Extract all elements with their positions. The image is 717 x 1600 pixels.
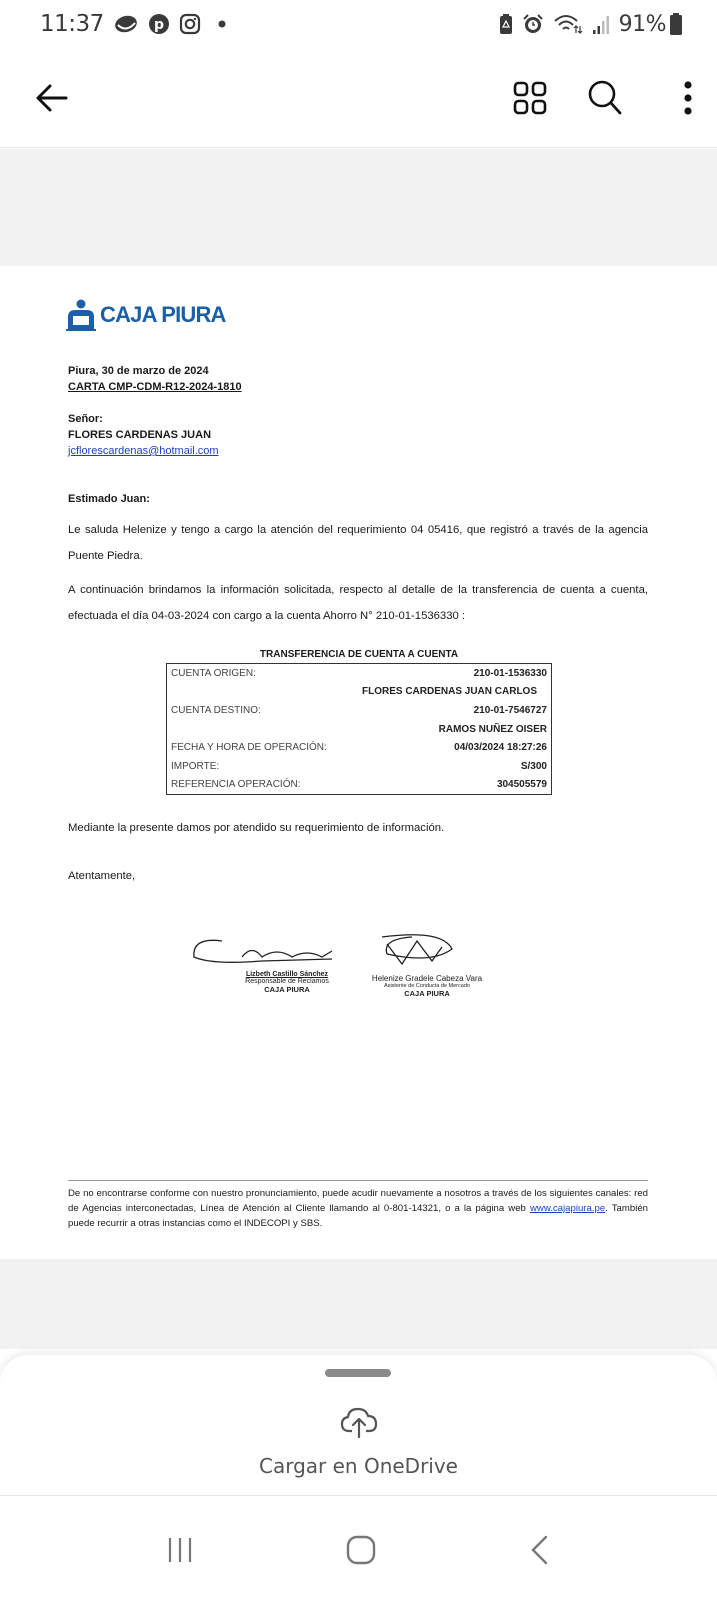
brand-name: CAJA PIURA [100, 302, 226, 328]
document-viewer[interactable]: CAJA PIURA Piura, 30 de marzo de 2024 CA… [0, 149, 717, 1349]
table-row: REFERENCIA OPERACIÓN:304505579 [167, 776, 551, 795]
table-row: FLORES CARDENAS JUAN CARLOS [167, 683, 551, 702]
system-nav-bar [0, 1500, 717, 1600]
recipient-name: FLORES CARDENAS JUAN [68, 427, 211, 443]
greeting: Estimado Juan: [68, 491, 150, 507]
wifi-icon [553, 13, 583, 35]
alarm-icon [522, 13, 544, 35]
table-row: IMPORTE:S/300 [167, 757, 551, 776]
paragraph-intro: Le saluda Helenize y tengo a cargo la at… [68, 517, 648, 569]
battery-icon [669, 12, 683, 36]
status-bar: 11:37 p 91% [0, 0, 717, 48]
battery-saver-icon [499, 13, 513, 35]
cloud-app-icon [113, 13, 139, 35]
arrow-left-icon[interactable] [34, 83, 68, 113]
signatures: Lizbeth Castillo Sánchez Responsable de … [182, 929, 482, 1009]
sheet-divider [0, 1495, 717, 1496]
app-bar [0, 48, 717, 148]
back-icon[interactable] [528, 1534, 552, 1566]
recipient-email-link[interactable]: jcflorescardenas@hotmail.com [68, 443, 219, 459]
dot-icon [218, 20, 226, 28]
paragraph-closing: Mediante la presente damos por atendido … [68, 820, 444, 836]
table-row: RAMOS NUÑEZ OISER [167, 720, 551, 739]
upload-onedrive-button[interactable]: Cargar en OneDrive [0, 1405, 717, 1505]
transfer-table-title: TRANSFERENCIA DE CUENTA A CUENTA [166, 649, 552, 660]
upload-label: Cargar en OneDrive [259, 1454, 458, 1478]
grid-view-icon[interactable] [513, 81, 547, 115]
letter-reference: CARTA CMP-CDM-R12-2024-1810 [68, 379, 242, 395]
svg-text:p: p [154, 17, 164, 33]
transfer-table: CUENTA ORIGEN:210-01-1536330 FLORES CARD… [166, 663, 552, 795]
table-row: FECHA Y HORA DE OPERACIÓN:04/03/2024 18:… [167, 738, 551, 757]
home-icon[interactable] [345, 1534, 377, 1566]
website-link[interactable]: www.cajapiura.pe [530, 1203, 605, 1214]
cloud-upload-icon [339, 1405, 379, 1444]
paragraph-details: A continuación brindamos la información … [68, 577, 648, 629]
footer-divider [68, 1180, 648, 1181]
more-vert-icon[interactable] [683, 81, 693, 115]
signature-1: Lizbeth Castillo Sánchez Responsable de … [222, 971, 352, 994]
pinterest-icon: p [148, 13, 170, 35]
signal-icon [592, 13, 610, 35]
sheet-drag-handle[interactable] [325, 1369, 391, 1377]
status-time: 11:37 [40, 11, 104, 37]
document-page: CAJA PIURA Piura, 30 de marzo de 2024 CA… [0, 266, 717, 1259]
instagram-icon [179, 13, 201, 35]
search-icon[interactable] [587, 80, 623, 116]
letter-date: Piura, 30 de marzo de 2024 [68, 363, 209, 379]
signature-2: Helenize Gradele Cabeza Vara Asistente d… [367, 974, 487, 998]
caja-piura-logo: CAJA PIURA [66, 299, 226, 331]
footer-notice: De no encontrarse conforme con nuestro p… [68, 1186, 648, 1231]
salutation-title: Señor: [68, 411, 103, 427]
recent-apps-icon[interactable] [165, 1535, 195, 1565]
caja-piura-logo-icon [66, 299, 96, 331]
table-row: CUENTA ORIGEN:210-01-1536330 [167, 664, 551, 683]
battery-percentage: 91% [619, 12, 666, 37]
table-row: CUENTA DESTINO:210-01-7546727 [167, 701, 551, 720]
closing: Atentamente, [68, 868, 135, 884]
